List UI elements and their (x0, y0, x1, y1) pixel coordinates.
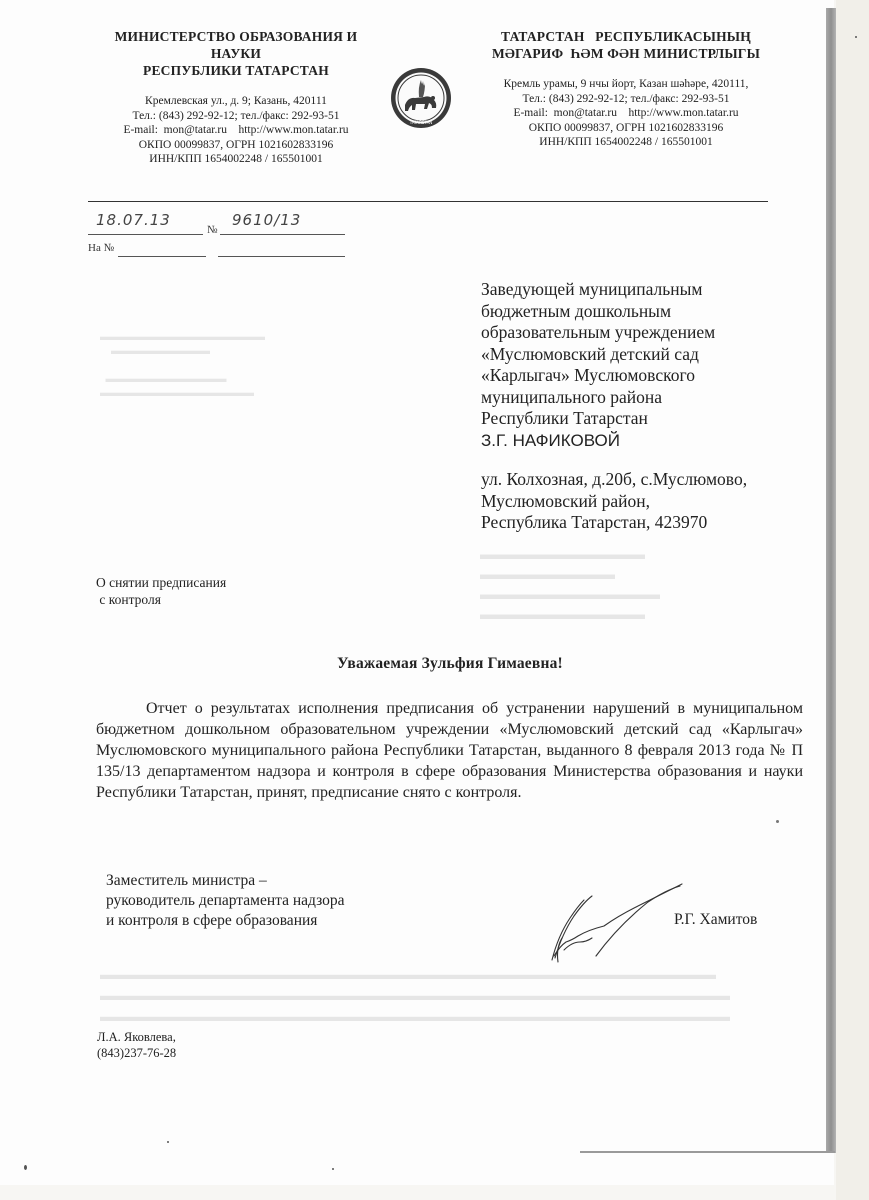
bleed-through-text: ▬▬▬▬▬▬▬▬▬▬▬▬▬▬▬▬▬▬▬▬▬▬▬▬▬▬▬▬▬▬▬▬▬▬▬▬▬▬▬▬… (480, 545, 740, 625)
inn-kpp: ИНН/КПП 1654002248 / 165501001 (478, 135, 774, 150)
organization-name: ТАТАРСТАН РЕСПУБЛИКАСЫНЫҢ МӘГАРИФ ҺӘМ ФӘ… (478, 28, 774, 62)
addressee-line: Заведующей муниципальным (481, 279, 811, 301)
address: Кремлевская ул., д. 9; Казань, 420111 (88, 94, 384, 109)
organization-name: МИНИСТЕРСТВО ОБРАЗОВАНИЯ И НАУКИ РЕСПУБЛ… (88, 28, 384, 79)
outgoing-number: 9610/13 (232, 211, 301, 229)
org-line: МИНИСТЕРСТВО ОБРАЗОВАНИЯ И НАУКИ (88, 28, 384, 62)
subject-line: О снятии предписания с контроля (96, 574, 226, 608)
svg-text:TATARSTAN: TATARSTAN (409, 120, 433, 125)
scanner-background (836, 0, 869, 1200)
phone: Тел.: (843) 292-92-12; тел./факс: 292-93… (88, 109, 384, 124)
scan-speck (776, 820, 779, 823)
phone: Тел.: (843) 292-92-12; тел./факс: 292-93… (478, 92, 774, 107)
scan-speck (167, 1141, 169, 1143)
letterhead-russian: МИНИСТЕРСТВО ОБРАЗОВАНИЯ И НАУКИ РЕСПУБЛ… (88, 28, 384, 167)
okpo-ogrn: ОКПО 00099837, ОГРН 1021602833196 (88, 138, 384, 153)
position-line: руководитель департамента надзора (106, 891, 345, 911)
spacer (481, 451, 811, 469)
signer-name: Р.Г. Хамитов (674, 911, 757, 929)
addressee-block: Заведующей муниципальным бюджетным дошко… (481, 279, 811, 534)
position-line: и контроля в сфере образования (106, 911, 345, 931)
letterhead-divider (88, 201, 768, 202)
position-line: Заместитель министра – (106, 871, 345, 891)
bleed-through-text: ▬▬▬▬▬▬▬▬▬▬▬▬▬▬▬ ▬▬▬▬▬▬▬▬▬ ▬▬▬▬▬▬▬▬▬▬▬▬▬▬… (100, 330, 340, 400)
addressee-line: «Карлыгач» Муслюмовского (481, 365, 811, 387)
scan-edge-shadow (580, 1151, 835, 1153)
date-underline (88, 234, 203, 235)
email-web: E-mail: mon@tatar.ru http://www.mon.tata… (478, 106, 774, 121)
reply-number-underline (218, 256, 345, 257)
scan-speck (24, 1165, 27, 1170)
address-line: Муслюмовский район, (481, 491, 811, 513)
executor-contact: Л.А. Яковлева, (843)237-76-28 (97, 1029, 176, 1061)
executor-name: Л.А. Яковлева, (97, 1029, 176, 1045)
address: Кремль урамы, 9 нчы йорт, Казан шәһәре, … (478, 77, 774, 92)
number-label: № (207, 224, 218, 236)
email-web: E-mail: mon@tatar.ru http://www.mon.tata… (88, 123, 384, 138)
outgoing-date: 18.07.13 (96, 211, 171, 229)
letter-page: ▬▬▬▬▬▬▬▬▬▬▬▬▬▬▬ ▬▬▬▬▬▬▬▬▬ ▬▬▬▬▬▬▬▬▬▬▬▬▬▬… (0, 0, 834, 1185)
org-line: МӘГАРИФ ҺӘМ ФӘН МИНИСТРЛЫГЫ (478, 45, 774, 62)
org-line: РЕСПУБЛИКИ ТАТАРСТАН (88, 62, 384, 79)
salutation: Уважаемая Зульфия Гимаевна! (80, 655, 820, 673)
coat-of-arms-icon: TATARSTAN (390, 67, 452, 129)
reply-date-underline (118, 256, 206, 257)
handwritten-signature-icon (548, 876, 688, 966)
executor-phone: (843)237-76-28 (97, 1045, 176, 1061)
signer-position: Заместитель министра – руководитель депа… (106, 871, 345, 931)
scan-speck (855, 36, 857, 38)
address-line: Республика Татарстан, 423970 (481, 512, 811, 534)
subject-text: с контроля (96, 591, 226, 608)
letterhead-tatar: ТАТАРСТАН РЕСПУБЛИКАСЫНЫҢ МӘГАРИФ ҺӘМ ФӘ… (478, 28, 774, 150)
address-line: ул. Колхозная, д.20б, с.Муслюмово, (481, 469, 811, 491)
subject-text: О снятии предписания (96, 574, 226, 591)
scan-speck (332, 1168, 334, 1170)
scan-edge-shadow (826, 8, 836, 1153)
addressee-line: «Муслюмовский детский сад (481, 344, 811, 366)
okpo-ogrn: ОКПО 00099837, ОГРН 1021602833196 (478, 121, 774, 136)
org-line: ТАТАРСТАН РЕСПУБЛИКАСЫНЫҢ (478, 28, 774, 45)
inn-kpp: ИНН/КПП 1654002248 / 165501001 (88, 152, 384, 167)
addressee-line: образовательным учреждением (481, 322, 811, 344)
number-underline (220, 234, 345, 235)
addressee-name: З.Г. НАФИКОВОЙ (481, 430, 811, 452)
addressee-line: Республики Татарстан (481, 408, 811, 430)
addressee-line: муниципального района (481, 387, 811, 409)
bleed-through-text: ▬▬▬▬▬▬▬▬▬▬▬▬▬▬▬▬▬▬▬▬▬▬▬▬▬▬▬▬▬▬▬▬▬▬▬▬▬▬▬▬… (100, 965, 790, 1028)
addressee-line: бюджетным дошкольным (481, 301, 811, 323)
letter-body: Отчет о результатах исполнения предписан… (96, 698, 803, 803)
reply-to-label: На № (88, 242, 114, 254)
